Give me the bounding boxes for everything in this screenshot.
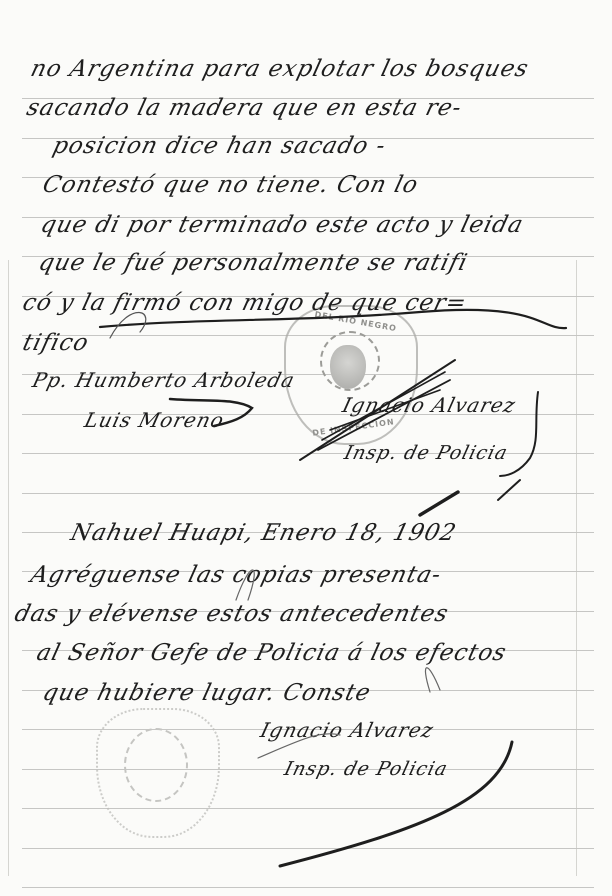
pen-flourishes [0, 0, 612, 896]
document-page: DEL RIO NEGRO DE INSPECCION no Argentina… [0, 0, 612, 896]
